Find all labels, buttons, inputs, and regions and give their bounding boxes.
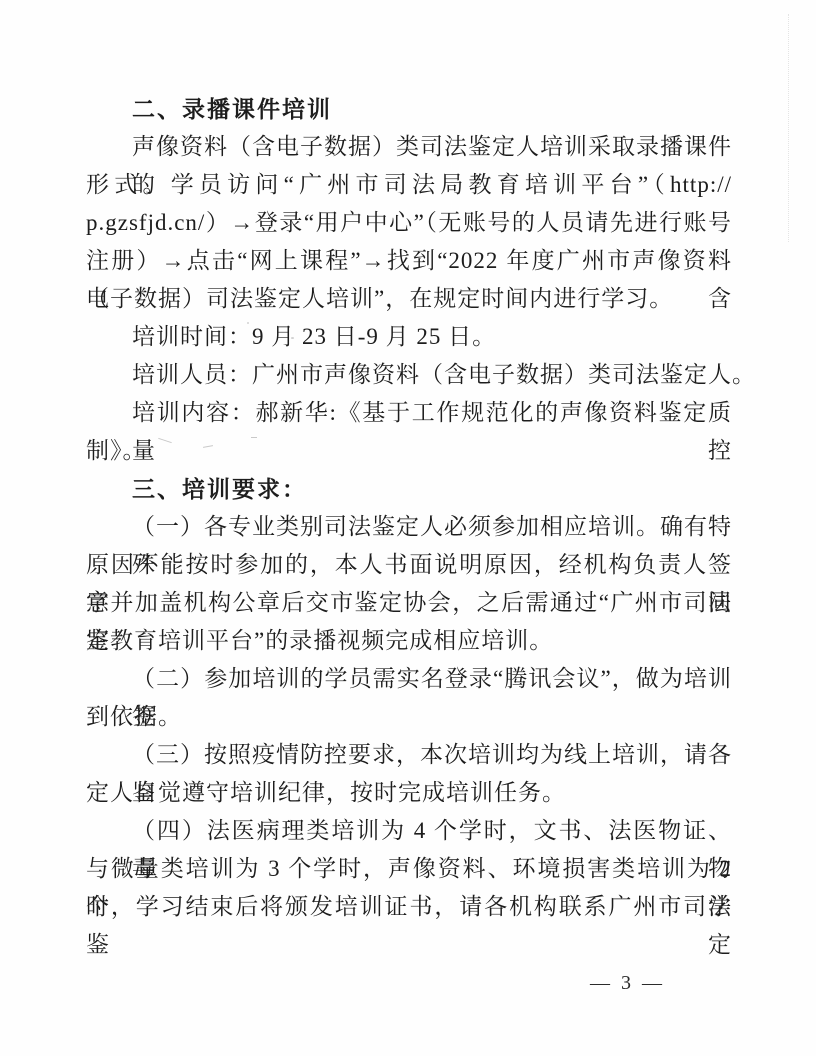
paragraph-training-content: 培训内容：郝新华:《基于工作规范化的声像资料鉴定质量控制》。 (86, 394, 732, 470)
text-line: 三、培训要求： (86, 470, 732, 508)
scan-noise-speck (291, 337, 294, 339)
paragraph-requirement-3: （三）按照疫情防控要求，本次培训均为线上培训，请各鉴定人自觉遵守培训纪律，按时完… (86, 736, 732, 812)
text-line: 培训时间：9 月 23 日-9 月 25 日。 (86, 318, 732, 356)
text-line: （三）按照疫情防控要求，本次培训均为线上培训，请各鉴 (86, 736, 732, 774)
text-line: 形式。学员访问“广州市司法局教育培训平台”（http:// (86, 166, 732, 204)
document-body: 二、录播课件培训声像资料（含电子数据）类司法鉴定人培训采取录播课件的形式。学员访… (86, 90, 732, 926)
text-line: 时，学习结束后将颁发培训证书，请各机构联系广州市司法鉴定 (86, 888, 732, 926)
text-line: 原因不能按时参加的，本人书面说明原因，经机构负责人签字同 (86, 546, 732, 584)
text-line: 培训内容：郝新华:《基于工作规范化的声像资料鉴定质量控 (86, 394, 732, 432)
text-line: 到依据。 (86, 698, 732, 736)
paragraph-requirement-2: （二）参加培训的学员需实名登录“腾讯会议”，做为培训签到依据。 (86, 660, 732, 736)
scan-noise-speck (247, 322, 249, 324)
text-line: （二）参加培训的学员需实名登录“腾讯会议”，做为培训签 (86, 660, 732, 698)
page-number: — 3 — (590, 972, 665, 995)
text-line: 定人自觉遵守培训纪律，按时完成培训任务。 (86, 774, 732, 812)
text-line: 注册）→点击“网上课程”→找到“2022 年度广州市声像资料（含 (86, 242, 732, 280)
text-line: 二、录播课件培训 (86, 90, 732, 128)
scan-noise-right-edge (788, 14, 789, 242)
text-line: 培训人员：广州市声像资料（含电子数据）类司法鉴定人。 (86, 356, 732, 394)
text-line: （一）各专业类别司法鉴定人必须参加相应培训。确有特殊 (86, 508, 732, 546)
paragraph-recorded-courseware: 声像资料（含电子数据）类司法鉴定人培训采取录播课件的形式。学员访问“广州市司法局… (86, 128, 732, 318)
section-heading-3: 三、培训要求： (86, 470, 732, 508)
scan-noise-scratch (251, 437, 257, 438)
text-line: 电子数据）司法鉴定人培训”，在规定时间内进行学习。 (86, 280, 732, 318)
text-line: 与微量类培训为 3 个学时，声像资料、环境损害类培训为 2 个学 (86, 850, 732, 888)
section-heading-2: 二、录播课件培训 (86, 90, 732, 128)
scanned-document-page: 二、录播课件培训声像资料（含电子数据）类司法鉴定人培训采取录播课件的形式。学员访… (0, 0, 816, 1056)
text-line: （四）法医病理类培训为 4 个学时，文书、法医物证、毒物 (86, 812, 732, 850)
paragraph-requirement-1: （一）各专业类别司法鉴定人必须参加相应培训。确有特殊原因不能按时参加的，本人书面… (86, 508, 732, 660)
paragraph-requirement-4: （四）法医病理类培训为 4 个学时，文书、法医物证、毒物与微量类培训为 3 个学… (86, 812, 732, 926)
paragraph-training-time: 培训时间：9 月 23 日-9 月 25 日。 (86, 318, 732, 356)
text-line: 定教育培训平台”的录播视频完成相应培训。 (86, 622, 732, 660)
text-line: 意并加盖机构公章后交市鉴定协会，之后需通过“广州市司法鉴 (86, 584, 732, 622)
text-line: p.gzsfjd.cn/）→登录“用户中心”（无账号的人员请先进行账号 (86, 204, 732, 242)
paragraph-training-people: 培训人员：广州市声像资料（含电子数据）类司法鉴定人。 (86, 356, 732, 394)
text-line: 声像资料（含电子数据）类司法鉴定人培训采取录播课件的 (86, 128, 732, 166)
